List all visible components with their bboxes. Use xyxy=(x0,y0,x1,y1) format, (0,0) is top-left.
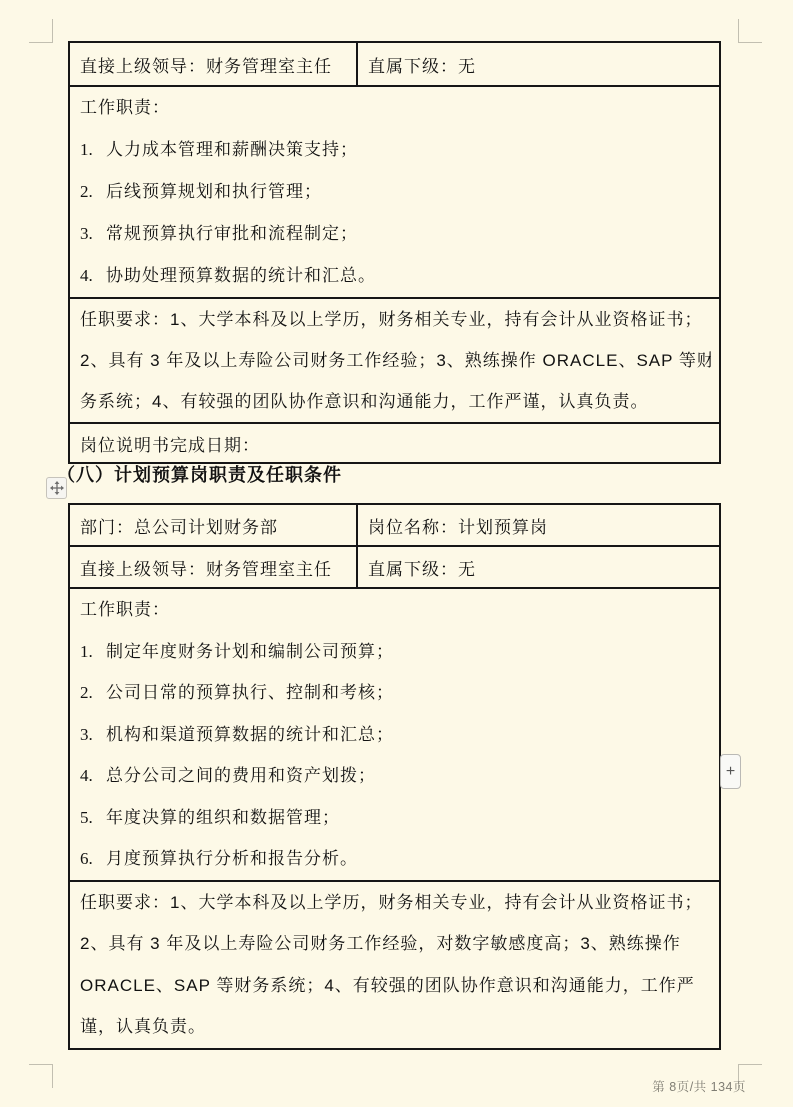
job-table-budget: 部门：总公司计划财务部 岗位名称：计划预算岗 直接上级领导：财务管理室主任 直属… xyxy=(68,503,721,1050)
duty-text: 协助处理预算数据的统计和汇总。 xyxy=(106,266,376,285)
duty-item[interactable]: 2.后线预算规划和执行管理； xyxy=(80,171,711,213)
duty-number: 2. xyxy=(80,171,106,213)
duty-text: 人力成本管理和薪酬决策支持； xyxy=(106,140,358,159)
duty-number: 5. xyxy=(80,797,106,839)
duty-item[interactable]: 1.人力成本管理和薪酬决策支持； xyxy=(80,129,711,171)
duty-number: 3. xyxy=(80,714,106,756)
table-add-row-button[interactable]: + xyxy=(720,754,741,789)
page-number-footer: 第 8页/共 134页 xyxy=(652,1077,746,1095)
position-name-cell[interactable]: 岗位名称：计划预算岗 xyxy=(358,505,719,545)
duties-cell[interactable]: 工作职责： 1.人力成本管理和薪酬决策支持； 2.后线预算规划和执行管理； 3.… xyxy=(70,87,719,297)
duty-text: 常规预算执行审批和流程制定； xyxy=(106,224,358,243)
requirements-line[interactable]: 任职要求：1、大学本科及以上学历，财务相关专业，持有会计从业资格证书； xyxy=(80,882,711,924)
department-cell[interactable]: 部门：总公司计划财务部 xyxy=(70,505,358,545)
section-heading[interactable]: （八）计划预算岗职责及任职条件 xyxy=(57,461,342,487)
duty-text: 公司日常的预算执行、控制和考核； xyxy=(106,683,394,702)
table-row: 工作职责： 1.人力成本管理和薪酬决策支持； 2.后线预算规划和执行管理； 3.… xyxy=(70,87,719,299)
subordinate-cell[interactable]: 直属下级：无 xyxy=(358,43,719,85)
duty-item[interactable]: 1.制定年度财务计划和编制公司预算； xyxy=(80,631,711,673)
table-row: 直接上级领导：财务管理室主任 直属下级：无 xyxy=(70,43,719,87)
duty-item[interactable]: 3.机构和渠道预算数据的统计和汇总； xyxy=(80,714,711,756)
requirements-cell[interactable]: 任职要求：1、大学本科及以上学历，财务相关专业，持有会计从业资格证书； 2、具有… xyxy=(70,299,719,422)
table-row: 部门：总公司计划财务部 岗位名称：计划预算岗 xyxy=(70,505,719,547)
duty-number: 4. xyxy=(80,755,106,797)
duty-text: 总分公司之间的费用和资产划拨； xyxy=(106,766,376,785)
supervisor-cell[interactable]: 直接上级领导：财务管理室主任 xyxy=(70,43,358,85)
duty-item[interactable]: 3.常规预算执行审批和流程制定； xyxy=(80,213,711,255)
requirements-line[interactable]: 谨，认真负责。 xyxy=(80,1006,711,1048)
requirements-line[interactable]: 2、具有 3 年及以上寿险公司财务工作经验，对数字敏感度高；3、熟练操作 xyxy=(80,923,711,965)
duty-number: 1. xyxy=(80,631,106,673)
duty-item[interactable]: 4.协助处理预算数据的统计和汇总。 xyxy=(80,255,711,297)
margin-cropmark-top-right xyxy=(738,19,762,43)
supervisor-cell[interactable]: 直接上级领导：财务管理室主任 xyxy=(70,547,358,587)
duties-cell[interactable]: 工作职责： 1.制定年度财务计划和编制公司预算； 2.公司日常的预算执行、控制和… xyxy=(70,589,719,880)
requirements-line[interactable]: 务系统；4、有较强的团队协作意识和沟通能力，工作严谨，认真负责。 xyxy=(80,381,711,422)
table-row: 任职要求：1、大学本科及以上学历，财务相关专业，持有会计从业资格证书； 2、具有… xyxy=(70,299,719,424)
duty-number: 3. xyxy=(80,213,106,255)
duty-item[interactable]: 2.公司日常的预算执行、控制和考核； xyxy=(80,672,711,714)
plus-icon: + xyxy=(726,763,735,781)
duty-number: 1. xyxy=(80,129,106,171)
margin-cropmark-bottom-left xyxy=(29,1064,53,1088)
table-row: 工作职责： 1.制定年度财务计划和编制公司预算； 2.公司日常的预算执行、控制和… xyxy=(70,589,719,882)
duty-text: 制定年度财务计划和编制公司预算； xyxy=(106,642,394,661)
requirements-cell[interactable]: 任职要求：1、大学本科及以上学历，财务相关专业，持有会计从业资格证书； 2、具有… xyxy=(70,882,719,1048)
completion-date-cell[interactable]: 岗位说明书完成日期： xyxy=(70,424,719,462)
table-row: 直接上级领导：财务管理室主任 直属下级：无 xyxy=(70,547,719,589)
duty-text: 月度预算执行分析和报告分析。 xyxy=(106,849,358,868)
duty-item[interactable]: 4.总分公司之间的费用和资产划拨； xyxy=(80,755,711,797)
duty-number: 6. xyxy=(80,838,106,880)
margin-cropmark-top-left xyxy=(29,19,53,43)
job-table-upper: 直接上级领导：财务管理室主任 直属下级：无 工作职责： 1.人力成本管理和薪酬决… xyxy=(68,41,721,464)
table-row: 岗位说明书完成日期： xyxy=(70,424,719,462)
document-page[interactable]: 直接上级领导：财务管理室主任 直属下级：无 工作职责： 1.人力成本管理和薪酬决… xyxy=(0,0,793,1107)
duty-number: 4. xyxy=(80,255,106,297)
duties-title[interactable]: 工作职责： xyxy=(80,87,711,129)
subordinate-cell[interactable]: 直属下级：无 xyxy=(358,547,719,587)
table-row: 任职要求：1、大学本科及以上学历，财务相关专业，持有会计从业资格证书； 2、具有… xyxy=(70,882,719,1048)
duties-title[interactable]: 工作职责： xyxy=(80,589,711,631)
duty-item[interactable]: 6.月度预算执行分析和报告分析。 xyxy=(80,838,711,880)
duty-text: 机构和渠道预算数据的统计和汇总； xyxy=(106,725,394,744)
duty-number: 2. xyxy=(80,672,106,714)
duty-text: 后线预算规划和执行管理； xyxy=(106,182,322,201)
requirements-line[interactable]: ORACLE、SAP 等财务系统；4、有较强的团队协作意识和沟通能力，工作严 xyxy=(80,965,711,1007)
duty-text: 年度决算的组织和数据管理； xyxy=(106,808,340,827)
requirements-line[interactable]: 任职要求：1、大学本科及以上学历，财务相关专业，持有会计从业资格证书； xyxy=(80,299,711,340)
duty-item[interactable]: 5.年度决算的组织和数据管理； xyxy=(80,797,711,839)
requirements-line[interactable]: 2、具有 3 年及以上寿险公司财务工作经验；3、熟练操作 ORACLE、SAP … xyxy=(80,340,711,381)
